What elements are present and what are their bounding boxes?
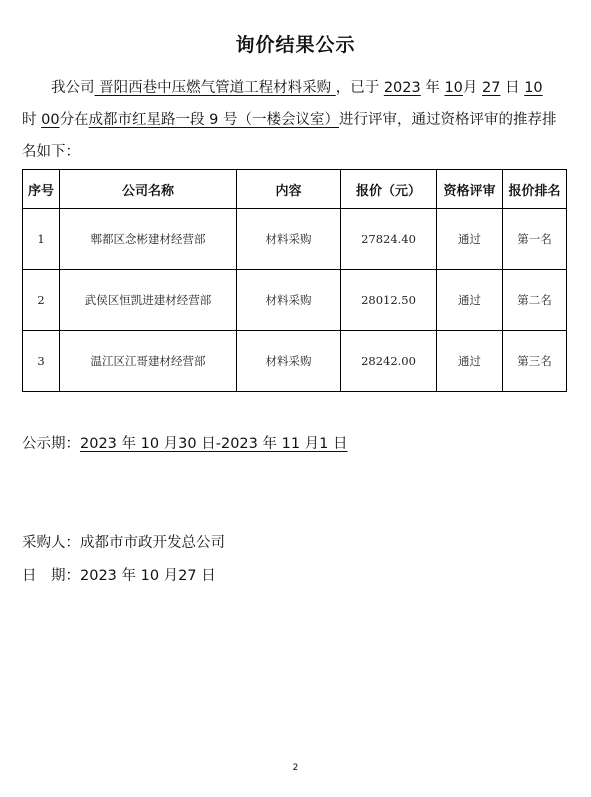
- purchaser-value: 成都市市政开发总公司: [80, 535, 225, 551]
- page-number: 2: [0, 763, 591, 773]
- cell-price: 28242.00: [341, 331, 437, 392]
- header-content: 内容: [237, 170, 341, 209]
- cell-index: 3: [23, 331, 60, 392]
- header-company: 公司名称: [60, 170, 237, 209]
- review-day: 27: [482, 80, 500, 96]
- table-row: 2 武侯区恒凯进建材经营部 材料采购 28012.50 通过 第二名: [23, 270, 567, 331]
- cell-rank: 第三名: [503, 331, 567, 392]
- cell-company: 郫都区念彬建材经营部: [60, 209, 237, 270]
- notice-period-value: 2023 年 10 月30 日-2023 年 11 月1 日: [80, 436, 348, 452]
- cell-content: 材料采购: [237, 331, 341, 392]
- intro-prefix: 我公司: [51, 80, 95, 96]
- date-label: 日 期：: [22, 568, 80, 584]
- table-row: 3 温江区江哥建材经营部 材料采购 28242.00 通过 第三名: [23, 331, 567, 392]
- cell-company: 武侯区恒凯进建材经营部: [60, 270, 237, 331]
- page-title: 询价结果公示: [0, 30, 591, 57]
- cell-price: 27824.40: [341, 209, 437, 270]
- cell-qualification: 通过: [437, 331, 503, 392]
- header-qualification: 资格评审: [437, 170, 503, 209]
- purchaser-label: 采购人：: [22, 535, 80, 551]
- cell-content: 材料采购: [237, 270, 341, 331]
- intro-paragraph: 我公司 晋阳西巷中压燃气管道工程材料采购 ，已于 2023 年 10月 27 日…: [22, 72, 567, 168]
- cell-qualification: 通过: [437, 209, 503, 270]
- notice-period-label: 公示期：: [22, 436, 80, 452]
- cell-qualification: 通过: [437, 270, 503, 331]
- header-index: 序号: [23, 170, 60, 209]
- header-rank: 报价排名: [503, 170, 567, 209]
- review-year: 2023: [384, 80, 421, 96]
- review-location: 成都市红星路一段 9 号（一楼会议室）: [89, 112, 339, 128]
- cell-index: 1: [23, 209, 60, 270]
- notice-period: 公示期：2023 年 10 月30 日-2023 年 11 月1 日: [22, 432, 348, 453]
- cell-index: 2: [23, 270, 60, 331]
- date-line: 日 期：2023 年 10 月27 日: [22, 564, 216, 585]
- cell-rank: 第二名: [503, 270, 567, 331]
- project-name: 晋阳西巷中压燃气管道工程材料采购: [95, 80, 336, 96]
- date-value: 2023 年 10 月27 日: [80, 568, 216, 584]
- results-table: 序号 公司名称 内容 报价（元） 资格评审 报价排名 1 郫都区念彬建材经营部 …: [22, 169, 567, 392]
- review-month: 10: [444, 80, 462, 96]
- review-minute: 00: [41, 112, 59, 128]
- table-header-row: 序号 公司名称 内容 报价（元） 资格评审 报价排名: [23, 170, 567, 209]
- purchaser: 采购人：成都市市政开发总公司: [22, 531, 225, 552]
- table-row: 1 郫都区念彬建材经营部 材料采购 27824.40 通过 第一名: [23, 209, 567, 270]
- cell-company: 温江区江哥建材经营部: [60, 331, 237, 392]
- cell-rank: 第一名: [503, 209, 567, 270]
- review-hour: 10: [524, 80, 542, 96]
- cell-price: 28012.50: [341, 270, 437, 331]
- header-price: 报价（元）: [341, 170, 437, 209]
- cell-content: 材料采购: [237, 209, 341, 270]
